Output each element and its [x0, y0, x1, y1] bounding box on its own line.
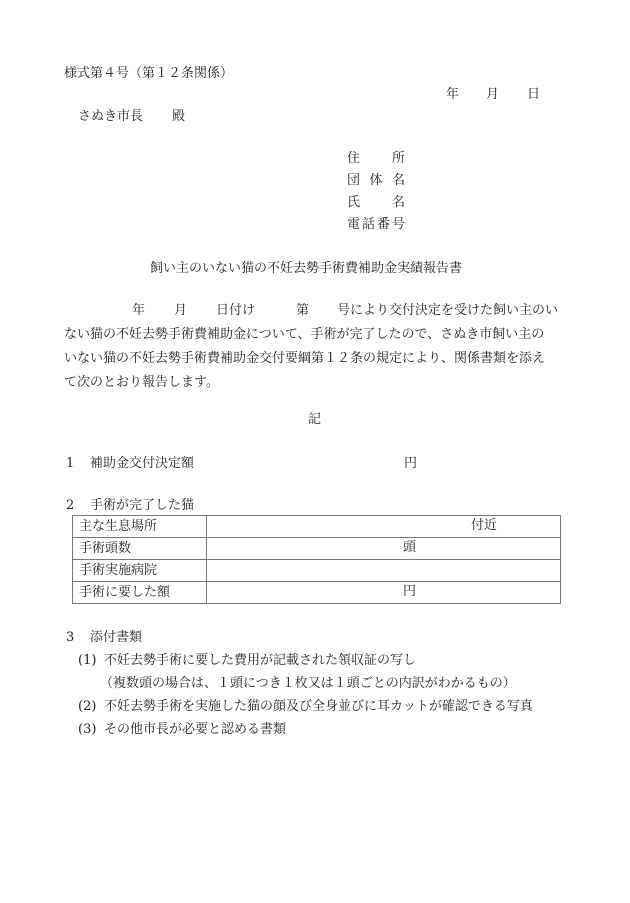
body-no: 第 — [296, 299, 309, 323]
char: 電 — [347, 217, 360, 239]
attachment-2-text: 不妊去勢手術を実施した猫の顔及び全身並びに耳カットが確認できる写真 — [104, 699, 533, 715]
char: 氏 — [347, 195, 360, 217]
addressee-honorific: 殿 — [172, 109, 185, 125]
section-3-number: 3 — [66, 630, 74, 646]
attachment-2-marker: (2) — [78, 699, 96, 715]
surgery-cost-unit: 円 — [403, 584, 416, 600]
habitat-label: 主な生息場所 — [73, 516, 207, 538]
char: 体 — [369, 173, 382, 195]
body-line-4: て次のとおり報告します。 — [64, 371, 574, 395]
section-2-label: 手術が完了した猫 — [90, 498, 194, 514]
applicant-name-label: 氏名 — [347, 195, 405, 217]
char: 名 — [392, 195, 405, 217]
attachment-3-text: その他市長が必要と認める書類 — [104, 722, 286, 738]
cat-details-table: 主な生息場所 付近 手術頭数 頭 手術実施病院 手術に要した額 円 — [72, 515, 561, 604]
addressee-name: さぬき市長 — [78, 109, 143, 125]
table-row: 手術頭数 頭 — [73, 538, 561, 560]
char: 住 — [347, 151, 360, 173]
applicant-organization-label: 団体名 — [347, 173, 405, 195]
surgery-cost-field[interactable]: 円 — [207, 582, 561, 604]
applicant-phone-label: 電話番号 — [347, 217, 405, 239]
body-month: 月 — [174, 299, 187, 323]
date-month: 月 — [486, 87, 499, 103]
date-year: 年 — [446, 87, 459, 103]
body-line-1: 年 月 日付け 第 号により交付決定を受けた飼い主のい — [64, 299, 574, 323]
surgery-cost-label: 手術に要した額 — [73, 582, 207, 604]
attachment-3-marker: (3) — [78, 722, 96, 738]
table-row: 手術実施病院 — [73, 560, 561, 582]
body-paragraph: 年 月 日付け 第 号により交付決定を受けた飼い主のい ない猫の不妊去勢手術費補… — [64, 299, 574, 395]
ki-heading: 記 — [308, 412, 321, 428]
section-1-label: 補助金交付決定額 — [90, 456, 194, 472]
section-3-label: 添付書類 — [90, 630, 142, 646]
applicant-fields: 住所 団体名 氏名 電話番号 — [347, 151, 405, 239]
char: 名 — [392, 173, 405, 195]
attachment-1-note: （複数頭の場合は、１頭につき１枚又は１頭ごとの内訳がわかるもの） — [100, 676, 516, 692]
char: 団 — [347, 173, 360, 195]
body-line-2: ない猫の不妊去勢手術費補助金について、手術が完了したので、さぬき市飼い主の — [64, 323, 574, 347]
section-1-number: 1 — [66, 456, 74, 472]
surgery-count-label: 手術頭数 — [73, 538, 207, 560]
attachment-1-text: 不妊去勢手術に要した費用が記載された領収証の写し — [104, 653, 416, 669]
body-year: 年 — [132, 299, 145, 323]
body-line1-rest: 号により交付決定を受けた飼い主のい — [337, 299, 558, 323]
body-line-3: いない猫の不妊去勢手術費補助金交付要綱第１２条の規定により、関係書類を添え — [64, 347, 574, 371]
section-2-number: 2 — [66, 498, 74, 514]
attachment-1-marker: (1) — [78, 653, 96, 669]
body-day: 日付け — [216, 299, 255, 323]
applicant-address-label: 住所 — [347, 151, 405, 173]
date-day: 日 — [527, 87, 540, 103]
hospital-field[interactable] — [207, 560, 561, 582]
table-row: 手術に要した額 円 — [73, 582, 561, 604]
document-title: 飼い主のいない猫の不妊去勢手術費補助金実績報告書 — [150, 261, 462, 277]
surgery-count-unit: 頭 — [403, 540, 416, 556]
char: 所 — [392, 151, 405, 173]
surgery-count-field[interactable]: 頭 — [207, 538, 561, 560]
table-row: 主な生息場所 付近 — [73, 516, 561, 538]
char: 話 — [362, 217, 375, 239]
char: 号 — [392, 217, 405, 239]
habitat-unit: 付近 — [471, 518, 497, 534]
hospital-label: 手術実施病院 — [73, 560, 207, 582]
char: 番 — [377, 217, 390, 239]
habitat-value-field[interactable]: 付近 — [207, 516, 561, 538]
section-1-unit: 円 — [404, 456, 417, 472]
form-number: 様式第４号（第１２条関係） — [64, 66, 233, 82]
